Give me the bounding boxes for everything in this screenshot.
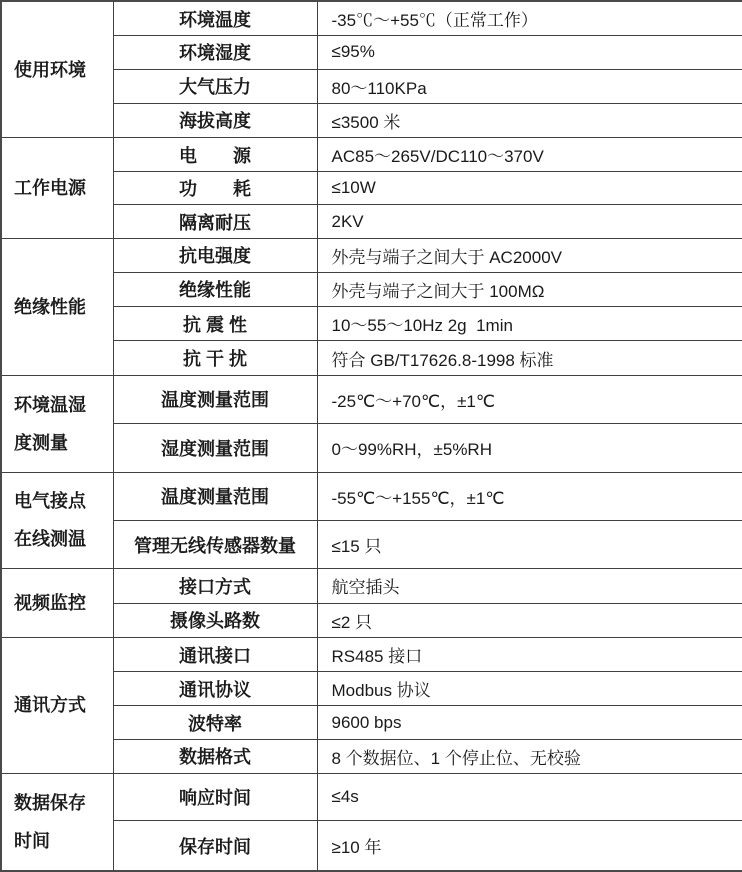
table-row: 大气压力 80～110KPa — [1, 69, 742, 103]
param-cell: 通讯接口 — [113, 637, 317, 671]
table-row: 通讯方式 通讯接口 RS485 接口 — [1, 637, 742, 671]
param-cell: 湿度测量范围 — [113, 424, 317, 472]
param-cell: 隔离耐压 — [113, 205, 317, 238]
category-cell-data-storage-time: 数据保存 时间 — [1, 773, 113, 871]
table-row: 隔离耐压 2KV — [1, 205, 742, 238]
table-row: 环境湿度 ≤95% — [1, 36, 742, 69]
table-row: 摄像头路数 ≤2 只 — [1, 603, 742, 637]
value-cell: Modbus 协议 — [317, 672, 742, 706]
value-cell: ≤15 只 — [317, 520, 742, 568]
value-cell: 外壳与端子之间大于 100MΩ — [317, 272, 742, 306]
category-cell-insulation-performance: 绝缘性能 — [1, 238, 113, 375]
value-cell: 2KV — [317, 205, 742, 238]
value-cell: 8 个数据位、1 个停止位、无校验 — [317, 739, 742, 773]
category-cell-env-temp-humidity-measurement: 环境温湿 度测量 — [1, 375, 113, 472]
table-row: 保存时间 ≥10 年 — [1, 821, 742, 871]
param-cell: 波特率 — [113, 706, 317, 739]
table-row: 电气接点 在线测温 温度测量范围 -55℃～+155℃，±1℃ — [1, 472, 742, 520]
value-cell: ≤4s — [317, 773, 742, 820]
param-cell: 保存时间 — [113, 821, 317, 871]
table-row: 抗 震 性 10～55～10Hz 2g 1min — [1, 307, 742, 341]
category-cell-working-power: 工作电源 — [1, 138, 113, 238]
table-row: 湿度测量范围 0～99%RH，±5%RH — [1, 424, 742, 472]
value-cell: 9600 bps — [317, 706, 742, 739]
param-cell: 摄像头路数 — [113, 603, 317, 637]
table-row: 绝缘性能 抗电强度 外壳与端子之间大于 AC2000V — [1, 238, 742, 272]
param-cell: 抗电强度 — [113, 238, 317, 272]
value-cell: -25℃～+70℃，±1℃ — [317, 375, 742, 423]
value-cell: ≤95% — [317, 36, 742, 69]
table-row: 工作电源 电 源 AC85～265V/DC110～370V — [1, 138, 742, 172]
param-cell: 数据格式 — [113, 739, 317, 773]
table-row: 功 耗 ≤10W — [1, 172, 742, 205]
param-cell: 环境温度 — [113, 1, 317, 36]
category-cell-electrical-contact-temp: 电气接点 在线测温 — [1, 472, 113, 569]
table-row: 海拔高度 ≤3500 米 — [1, 103, 742, 137]
param-cell: 环境湿度 — [113, 36, 317, 69]
value-cell: AC85～265V/DC110～370V — [317, 138, 742, 172]
value-cell: 符合 GB/T17626.8-1998 标准 — [317, 341, 742, 375]
table-row: 视频监控 接口方式 航空插头 — [1, 569, 742, 603]
value-cell: 80～110KPa — [317, 69, 742, 103]
value-cell: 0～99%RH，±5%RH — [317, 424, 742, 472]
table-row: 波特率 9600 bps — [1, 706, 742, 739]
value-cell: ≥10 年 — [317, 821, 742, 871]
value-cell: RS485 接口 — [317, 637, 742, 671]
param-cell: 接口方式 — [113, 569, 317, 603]
param-cell: 绝缘性能 — [113, 272, 317, 306]
table-row: 管理无线传感器数量 ≤15 只 — [1, 520, 742, 568]
param-cell: 功 耗 — [113, 172, 317, 205]
param-cell: 管理无线传感器数量 — [113, 520, 317, 568]
table-row: 抗 干 扰 符合 GB/T17626.8-1998 标准 — [1, 341, 742, 375]
category-cell-usage-environment: 使用环境 — [1, 1, 113, 138]
value-cell: 10～55～10Hz 2g 1min — [317, 307, 742, 341]
value-cell: 航空插头 — [317, 569, 742, 603]
value-cell: -55℃～+155℃，±1℃ — [317, 472, 742, 520]
param-cell: 响应时间 — [113, 773, 317, 820]
value-cell: -35℃～+55℃（正常工作） — [317, 1, 742, 36]
table-row: 通讯协议 Modbus 协议 — [1, 672, 742, 706]
value-cell: 外壳与端子之间大于 AC2000V — [317, 238, 742, 272]
table-row: 环境温湿 度测量 温度测量范围 -25℃～+70℃，±1℃ — [1, 375, 742, 423]
param-cell: 温度测量范围 — [113, 375, 317, 423]
param-cell: 抗 干 扰 — [113, 341, 317, 375]
table-row: 使用环境 环境温度 -35℃～+55℃（正常工作） — [1, 1, 742, 36]
table-row: 数据格式 8 个数据位、1 个停止位、无校验 — [1, 739, 742, 773]
param-cell: 通讯协议 — [113, 672, 317, 706]
param-cell: 温度测量范围 — [113, 472, 317, 520]
value-cell: ≤3500 米 — [317, 103, 742, 137]
param-cell: 电 源 — [113, 138, 317, 172]
category-cell-video-monitoring: 视频监控 — [1, 569, 113, 638]
value-cell: ≤2 只 — [317, 603, 742, 637]
param-cell: 海拔高度 — [113, 103, 317, 137]
value-cell: ≤10W — [317, 172, 742, 205]
table-row: 绝缘性能 外壳与端子之间大于 100MΩ — [1, 272, 742, 306]
category-cell-communication-method: 通讯方式 — [1, 637, 113, 773]
param-cell: 大气压力 — [113, 69, 317, 103]
spec-table: 使用环境 环境温度 -35℃～+55℃（正常工作） 环境湿度 ≤95% 大气压力… — [0, 0, 742, 872]
table-row: 数据保存 时间 响应时间 ≤4s — [1, 773, 742, 820]
param-cell: 抗 震 性 — [113, 307, 317, 341]
